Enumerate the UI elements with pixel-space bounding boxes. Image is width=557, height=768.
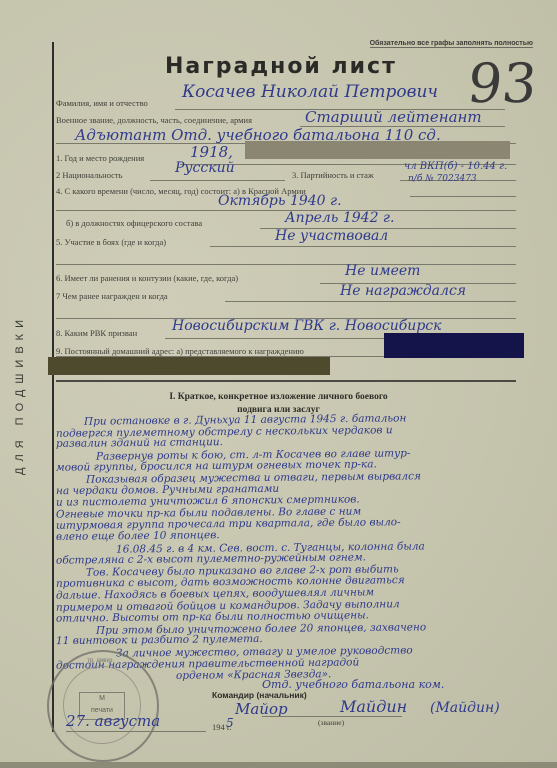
birth-value: 1918, — [190, 143, 233, 161]
citation-line: развалин зданий на станции. — [56, 436, 223, 450]
battles-label: 5. Участие в боях (где и когда) — [56, 237, 166, 247]
rvk-value: Новосибирским ГВК г. Новосибирск — [172, 318, 442, 334]
rank-rule-sig — [262, 716, 402, 717]
party-label: 3. Партийность и стаж — [292, 170, 374, 180]
battles-value: Не участвовал — [275, 228, 388, 244]
required-note: Обязательно все графы заполнять полность… — [370, 40, 533, 48]
rank-label: Военное звание, должность, часть, соедин… — [56, 115, 252, 125]
prior-awards-value: Не награждался — [340, 283, 466, 299]
page-bottom-edge — [0, 762, 557, 768]
rank-value: Старший лейтенант — [305, 108, 482, 126]
section1-heading: I. Краткое, конкретное изложение личного… — [0, 392, 557, 402]
name-label: Фамилия, имя и отчество — [56, 98, 148, 108]
rank-caption: (звание) — [318, 718, 344, 727]
page-title: Наградной лист — [165, 54, 397, 79]
citation-line: влено еще более 10 японцев. — [56, 529, 220, 543]
wounds-label: 6. Имеет ли ранения и контузии (какие, г… — [56, 273, 238, 283]
battles-rule-2 — [56, 264, 516, 265]
battles-rule — [210, 246, 516, 247]
commander-name: (Майдин) — [430, 700, 500, 716]
award-sheet-page: ДЛЯ ПОДШИВКИ Обязательно все графы запол… — [0, 0, 557, 768]
binding-label: ДЛЯ ПОДШИВКИ — [8, 290, 38, 475]
stamp-label-top: М — [80, 693, 124, 705]
stamp-ring-text: тр. дивиз — [87, 658, 113, 664]
service-since-rule — [410, 196, 516, 197]
prior-awards-label: 7 Чем ранее награжден и когда — [56, 291, 168, 301]
commander-label: Командир (начальник) — [212, 690, 307, 700]
officer-since-label: б) в должностях офицерского состава — [66, 218, 202, 228]
date-day-month: 27. августа — [66, 712, 160, 730]
nationality-value: Русский — [175, 160, 235, 176]
section-divider — [56, 380, 516, 382]
redaction-birthplace — [245, 141, 510, 159]
wounds-value: Не имеет — [345, 263, 420, 279]
binding-margin-line — [52, 42, 54, 732]
nationality-rule — [150, 180, 285, 181]
date-year-digit: 5 — [226, 716, 234, 730]
commander-signature: Майдин — [340, 697, 407, 716]
name-value: Косачев Николай Петрович — [182, 82, 438, 102]
date-rule — [66, 731, 206, 732]
redaction-address — [384, 333, 524, 358]
official-stamp: тр. дивиз М печати — [47, 650, 159, 762]
officer-since-value: Апрель 1942 г. — [285, 210, 394, 226]
birth-label: 1. Год и место рождения — [56, 153, 144, 163]
party-value-line2: п/б № 7023473 — [408, 174, 477, 184]
address-label: 9. Постоянный домашний адрес: а) предста… — [56, 346, 304, 356]
archive-number: 93 — [465, 52, 540, 115]
party-value: чл ВКП(б) - 10.44 г. — [404, 161, 507, 172]
nationality-label: 2 Национальность — [56, 170, 123, 180]
prior-awards-rule — [225, 301, 516, 302]
redaction-address-2 — [48, 357, 330, 375]
rvk-label: 8. Каким РВК призван — [56, 328, 137, 338]
service-since-value: Октябрь 1940 г. — [218, 193, 342, 209]
